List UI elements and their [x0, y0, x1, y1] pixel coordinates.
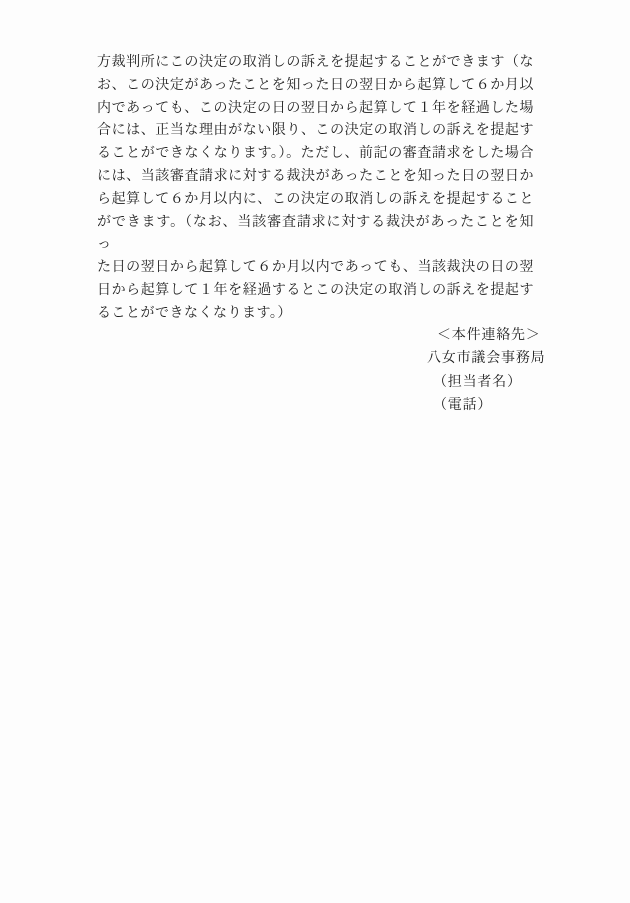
body-line: 合には、正当な理由がない限り、この決定の取消しの訴えを提起す — [97, 120, 534, 143]
body-line: 方裁判所にこの決定の取消しの訴えを提起することができます（な — [97, 52, 534, 75]
body-line: 内であっても、この決定の日の翌日から起算して１年を経過した場 — [97, 98, 534, 121]
body-line: ることができなくなります。）。ただし、前記の審査請求をした場合 — [97, 143, 534, 166]
body-line: ら起算して６か月以内に、この決定の取消しの訴えを提起すること — [97, 189, 534, 212]
contact-phone: （電話） — [427, 394, 545, 417]
contact-person: （担当者名） — [427, 371, 545, 394]
body-paragraph: 方裁判所にこの決定の取消しの訴えを提起することができます（な お、この決定があっ… — [97, 52, 534, 326]
body-line: お、この決定があったことを知った日の翌日から起算して６か月以 — [97, 75, 534, 98]
contact-office: 八女市議会事務局 — [427, 347, 545, 370]
document-page: 方裁判所にこの決定の取消しの訴えを提起することができます（な お、この決定があっ… — [0, 0, 630, 903]
body-line-last: ることができなくなります。） — [97, 303, 534, 326]
contact-block: ＜本件連絡先＞ 八女市議会事務局 （担当者名） （電話） — [427, 324, 545, 417]
body-line: 日から起算して１年を経過するとこの決定の取消しの訴えを提起す — [97, 280, 534, 303]
contact-header: ＜本件連絡先＞ — [427, 324, 545, 347]
body-line: ができます。（なお、当該審査請求に対する裁決があったことを知っ — [97, 212, 534, 258]
body-line: た日の翌日から起算して６か月以内であっても、当該裁決の日の翌 — [97, 257, 534, 280]
body-line: には、当該審査請求に対する裁決があったことを知った日の翌日か — [97, 166, 534, 189]
